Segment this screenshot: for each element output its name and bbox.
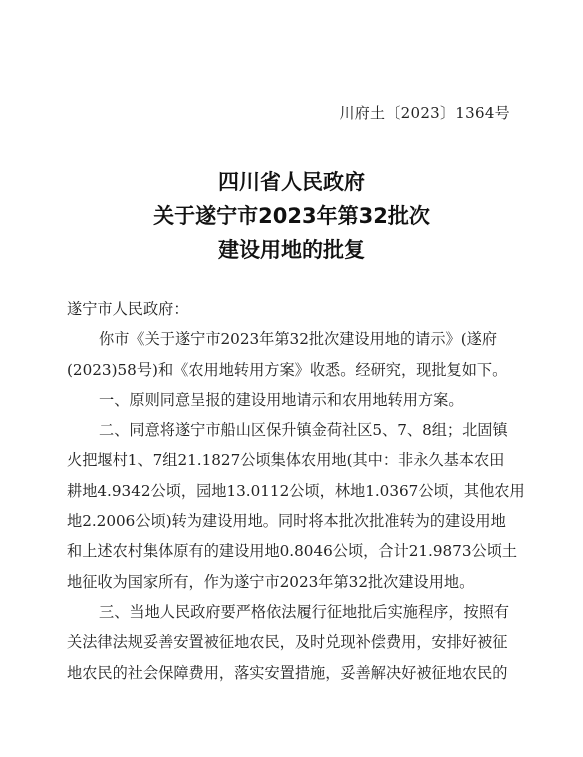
- paragraph-line: 和上述农村集体原有的建设用地0.8046公顷，合计21.9873公顷土: [67, 536, 514, 566]
- title-type: 建设用地的批复: [0, 232, 583, 268]
- paragraph-item-1: 一、原则同意呈报的建设用地请示和农用地转用方案。: [67, 385, 514, 415]
- paragraph-line: (2023)58号)和《农用地转用方案》收悉。经研究，现批复如下。: [67, 355, 514, 385]
- paragraph-line: 关法律法规妥善安置被征地农民，及时兑现补偿费用，安排好被征: [67, 627, 514, 657]
- paragraph-line: 你市《关于遂宁市2023年第32批次建设用地的请示》(遂府: [67, 324, 514, 354]
- document-body: 遂宁市人民政府： 你市《关于遂宁市2023年第32批次建设用地的请示》(遂府 (…: [67, 294, 514, 688]
- title-subject: 关于遂宁市2023年第32批次: [0, 198, 583, 234]
- salutation: 遂宁市人民政府：: [67, 294, 514, 324]
- paragraph-intro: 你市《关于遂宁市2023年第32批次建设用地的请示》(遂府 (2023)58号)…: [67, 324, 514, 385]
- paragraph-line: 二、同意将遂宁市船山区保升镇金荷社区5、7、8组；北固镇: [67, 415, 514, 445]
- paragraph-line: 三、当地人民政府要严格依法履行征地批后实施程序，按照有: [67, 597, 514, 627]
- paragraph-line: 地农民的社会保障费用，落实安置措施，妥善解决好被征地农民的: [67, 658, 514, 688]
- document-page: 川府土〔2023〕1364号 四川省人民政府 关于遂宁市2023年第32批次 建…: [0, 0, 583, 757]
- paragraph-line: 地征收为国家所有，作为遂宁市2023年第32批次建设用地。: [67, 567, 514, 597]
- paragraph-item-3: 三、当地人民政府要严格依法履行征地批后实施程序，按照有 关法律法规妥善安置被征地…: [67, 597, 514, 688]
- paragraph-line: 耕地4.9342公顷，园地13.0112公顷，林地1.0367公顷，其他农用: [67, 476, 514, 506]
- paragraph-line: 地2.2006公顷)转为建设用地。同时将本批次批准转为的建设用地: [67, 506, 514, 536]
- document-number: 川府土〔2023〕1364号: [339, 102, 510, 123]
- title-issuer: 四川省人民政府: [0, 164, 583, 200]
- paragraph-item-2: 二、同意将遂宁市船山区保升镇金荷社区5、7、8组；北固镇 火把堰村1、7组21.…: [67, 415, 514, 597]
- paragraph-line: 火把堰村1、7组21.1827公顷集体农用地(其中：非永久基本农田: [67, 445, 514, 475]
- paragraph-line: 一、原则同意呈报的建设用地请示和农用地转用方案。: [67, 385, 514, 415]
